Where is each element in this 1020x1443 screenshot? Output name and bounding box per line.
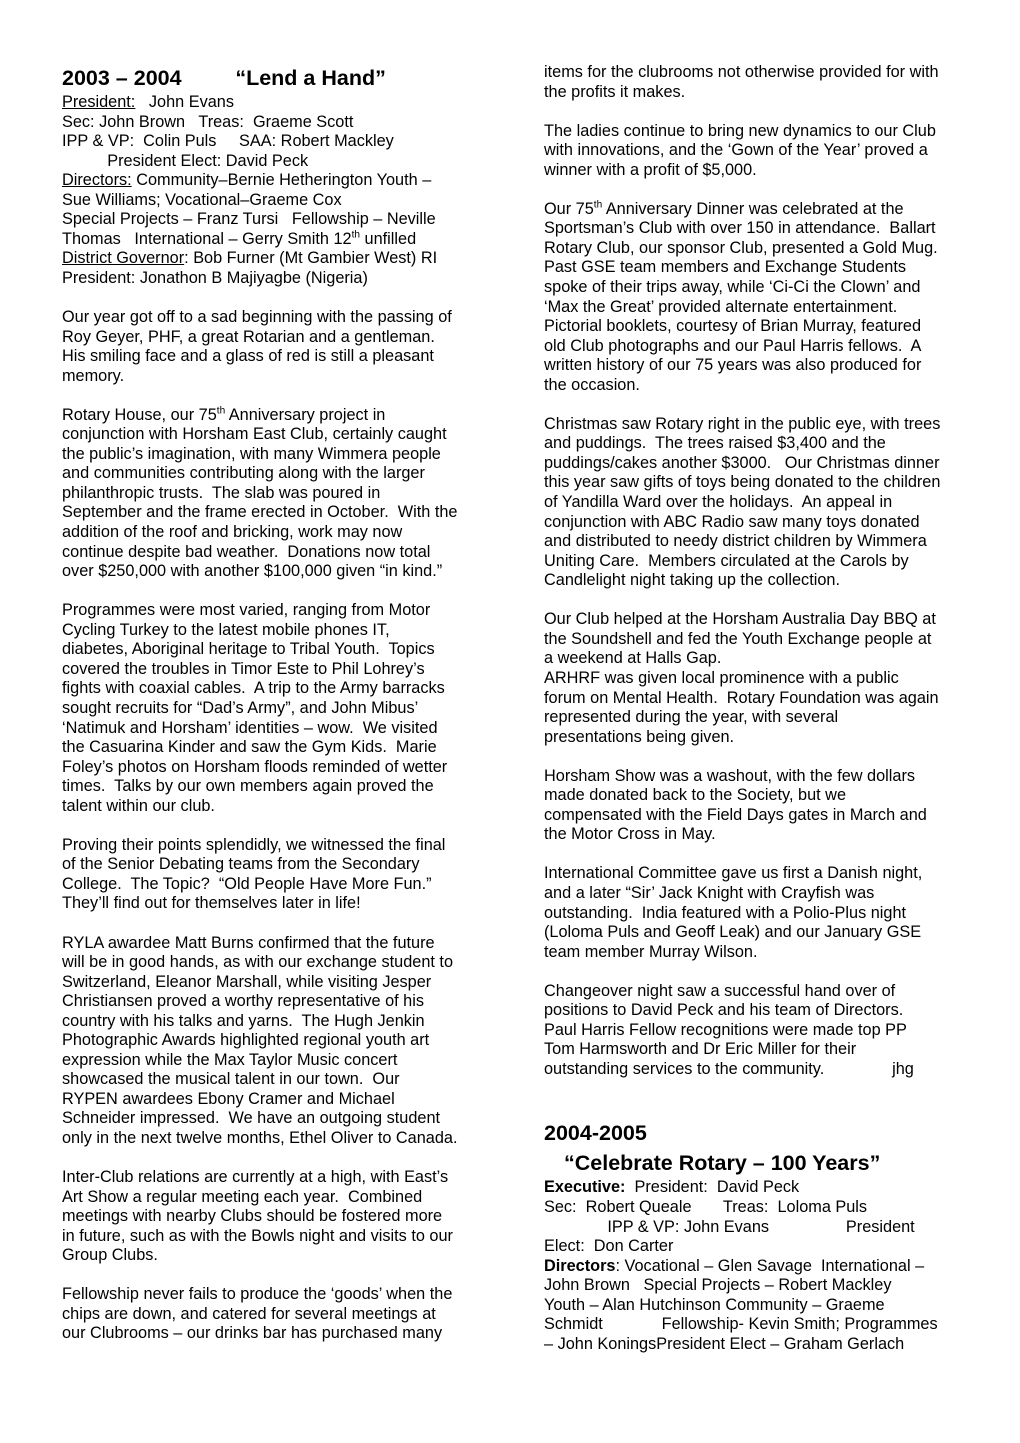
text-line: ‘Natimuk and Horsham’ identities – wow. … — [62, 719, 524, 739]
text-line: (Loloma Puls and Geoff Leak) and our Jan… — [544, 923, 990, 943]
text-line: Special Projects – Franz Tursi Fellowshi… — [62, 210, 524, 230]
text-line: philanthropic trusts. The slab was poure… — [62, 484, 524, 504]
text-line: Switzerland, Eleanor Marshall, while vis… — [62, 973, 524, 993]
text-line: conjunction with ABC Radio saw many toys… — [544, 513, 990, 533]
text-line: diabetes, Aboriginal heritage to Tribal … — [62, 640, 524, 660]
text-line: Christiansen proved a worthy representat… — [62, 992, 524, 1012]
heading-theme-celebrate-rotary: “Celebrate Rotary – 100 Years” — [544, 1148, 990, 1178]
text-line: Thomas International – Gerry Smith 12th … — [62, 230, 524, 250]
text-line: President Elect: David Peck — [62, 152, 524, 172]
text-line: outstanding services to the community. j… — [544, 1060, 990, 1080]
text-line: spoke of their trips away, while ‘Ci-Ci … — [544, 278, 990, 298]
text-run: District Governor — [62, 249, 184, 267]
text-line: President: Jonathon B Majiyagbe (Nigeria… — [62, 269, 524, 289]
paragraph: International Committee gave us first a … — [544, 864, 990, 962]
text-run: Executive: — [544, 1178, 625, 1196]
text-line: His smiling face and a glass of red is s… — [62, 347, 524, 367]
text-line: only in the next twelve months, Ethel Ol… — [62, 1129, 524, 1149]
text-line: RYPEN awardees Ebony Cramer and Michael — [62, 1090, 524, 1110]
text-line: Our 75th Anniversary Dinner was celebrat… — [544, 200, 990, 220]
text-line: this year saw gifts of toys being donate… — [544, 473, 990, 493]
text-line: Youth – Alan Hutchinson Community – Grae… — [544, 1296, 990, 1316]
text-line: Pictorial booklets, courtesy of Brian Mu… — [544, 317, 990, 337]
text-line: of Yandilla Ward over the holidays. An a… — [544, 493, 990, 513]
text-line: Changeover night saw a successful hand o… — [544, 982, 990, 1002]
text-line: expression while the Max Taylor Music co… — [62, 1051, 524, 1071]
right-column: items for the clubrooms not otherwise pr… — [544, 63, 990, 1443]
text-line: and puddings. The trees raised $3,400 an… — [544, 434, 990, 454]
text-line: Our Club helped at the Horsham Australia… — [544, 610, 990, 630]
superscript-run: th — [352, 229, 360, 240]
text-line: Sec: Robert Queale Treas: Loloma Puls — [544, 1198, 990, 1218]
text-line: sought recruits for “Dad’s Army”, and Jo… — [62, 699, 524, 719]
text-line: made donated back to the Society, but we — [544, 786, 990, 806]
text-line: items for the clubrooms not otherwise pr… — [544, 63, 990, 83]
text-line: talent within our club. — [62, 797, 524, 817]
text-line: our Clubrooms – our drinks bar has purch… — [62, 1324, 524, 1344]
text-run: Directors: — [62, 171, 132, 189]
text-line: the Soundshell and fed the Youth Exchang… — [544, 630, 990, 650]
text-line: Horsham Show was a washout, with the few… — [544, 767, 990, 787]
text-line: Group Clubs. — [62, 1246, 524, 1266]
text-line: ‘Max the Great’ provided alternate enter… — [544, 298, 990, 318]
text-line: memory. — [62, 367, 524, 387]
text-line: Directors: Vocational – Glen Savage Inte… — [544, 1257, 990, 1277]
right-body-paragraphs: items for the clubrooms not otherwise pr… — [544, 63, 990, 1079]
text-line: Tom Harmsworth and Dr Eric Miller for th… — [544, 1040, 990, 1060]
text-line: President: John Evans — [62, 93, 524, 113]
text-line: Sue Williams; Vocational–Graeme Cox — [62, 191, 524, 211]
paragraph: Inter-Club relations are currently at a … — [62, 1168, 524, 1266]
text-line: Proving their points splendidly, we witn… — [62, 836, 524, 856]
text-line: Christmas saw Rotary right in the public… — [544, 415, 990, 435]
text-line: Our year got off to a sad beginning with… — [62, 308, 524, 328]
text-line: covered the troubles in Timor Este to Ph… — [62, 660, 524, 680]
text-line: written history of our 75 years was also… — [544, 356, 990, 376]
text-run: President: — [62, 93, 135, 111]
text-line: IPP & VP: John Evans President — [544, 1218, 990, 1238]
executive-list-2004-2005: Executive: President: David PeckSec: Rob… — [544, 1178, 990, 1354]
text-run: Community–Bernie Hetherington Youth – — [132, 171, 432, 189]
text-line: Past GSE team members and Exchange Stude… — [544, 258, 990, 278]
text-line: the occasion. — [544, 376, 990, 396]
text-line: Programmes were most varied, ranging fro… — [62, 601, 524, 621]
text-line: fights with coaxial cables. A trip to th… — [62, 679, 524, 699]
text-line: positions to David Peck and his team of … — [544, 1001, 990, 1021]
text-run: Our 75 — [544, 200, 594, 218]
text-line: Art Show a regular meeting each year. Co… — [62, 1188, 524, 1208]
text-run: Thomas International – Gerry Smith 12 — [62, 230, 352, 248]
paragraph: Christmas saw Rotary right in the public… — [544, 415, 990, 591]
text-line: Uniting Care. Members circulated at the … — [544, 552, 990, 572]
text-line: Sportsman’s Club with over 150 in attend… — [544, 219, 990, 239]
text-run: Rotary House, our 75 — [62, 406, 217, 424]
text-line: IPP & VP: Colin Puls SAA: Robert Mackley — [62, 132, 524, 152]
text-line: continue despite bad weather. Donations … — [62, 543, 524, 563]
text-line: addition of the roof and bricking, work … — [62, 523, 524, 543]
text-line: Fellowship never fails to produce the ‘g… — [62, 1285, 524, 1305]
text-line: Schmidt Fellowship- Kevin Smith; Program… — [544, 1315, 990, 1335]
text-line: old Club photographs and our Paul Harris… — [544, 337, 990, 357]
text-line: September and the frame erected in Octob… — [62, 503, 524, 523]
text-line: Roy Geyer, PHF, a great Rotarian and a g… — [62, 328, 524, 348]
paragraph: Horsham Show was a washout, with the few… — [544, 767, 990, 845]
text-run: Anniversary project in — [225, 406, 385, 424]
text-line: Candlelight night taking up the collecti… — [544, 571, 990, 591]
text-run: : Bob Furner (Mt Gambier West) RI — [184, 249, 437, 267]
text-line: the Motor Cross in May. — [544, 825, 990, 845]
text-line: – John KoningsPresident Elect – Graham G… — [544, 1335, 990, 1355]
text-line: The ladies continue to bring new dynamic… — [544, 122, 990, 142]
text-line: John Brown Special Projects – Robert Mac… — [544, 1276, 990, 1296]
text-line: Executive: President: David Peck — [544, 1178, 990, 1198]
text-line: in future, such as with the Bowls night … — [62, 1227, 524, 1247]
text-run: Anniversary Dinner was celebrated at the — [602, 200, 903, 218]
paragraph: Fellowship never fails to produce the ‘g… — [62, 1285, 524, 1344]
text-line: Foley’s photos on Horsham floods reminde… — [62, 758, 524, 778]
paragraph: Our year got off to a sad beginning with… — [62, 308, 524, 386]
text-line: times. Talks by our own members again pr… — [62, 777, 524, 797]
paragraph: Changeover night saw a successful hand o… — [544, 982, 990, 1080]
text-run: unfilled — [360, 230, 416, 248]
text-line: College. The Topic? “Old People Have Mor… — [62, 875, 524, 895]
text-run: President: David Peck — [625, 1178, 799, 1196]
text-line: winner with a profit of $5,000. — [544, 161, 990, 181]
text-line: Cycling Turkey to the latest mobile phon… — [62, 621, 524, 641]
paragraph: RYLA awardee Matt Burns confirmed that t… — [62, 934, 524, 1149]
left-body-paragraphs: Our year got off to a sad beginning with… — [62, 308, 524, 1344]
section-heading-2004-2005: 2004-2005 “Celebrate Rotary – 100 Years” — [544, 1118, 990, 1178]
left-column: 2003 – 2004 “Lend a Hand” President: Joh… — [62, 63, 524, 1443]
text-line: the profits it makes. — [544, 83, 990, 103]
text-line: District Governor: Bob Furner (Mt Gambie… — [62, 249, 524, 269]
text-line: Photographic Awards highlighted regional… — [62, 1031, 524, 1051]
text-line: forum on Mental Health. Rotary Foundatio… — [544, 689, 990, 709]
text-run: John Evans — [135, 93, 234, 111]
text-line: presentations being given. — [544, 728, 990, 748]
text-line: team member Murray Wilson. — [544, 943, 990, 963]
text-line: chips are down, and catered for several … — [62, 1305, 524, 1325]
text-line: ARHRF was given local prominence with a … — [544, 669, 990, 689]
text-line: showcased the musical talent in our town… — [62, 1070, 524, 1090]
text-line: and communities contributing along with … — [62, 464, 524, 484]
text-line: and a later “Sir’ Jack Knight with Crayf… — [544, 884, 990, 904]
superscript-run: th — [594, 199, 602, 210]
text-run: Directors — [544, 1257, 616, 1275]
text-line: with innovations, and the ‘Gown of the Y… — [544, 141, 990, 161]
text-line: Directors: Community–Bernie Hetherington… — [62, 171, 524, 191]
paragraph: The ladies continue to bring new dynamic… — [544, 122, 990, 181]
text-line: will be in good hands, as with our excha… — [62, 953, 524, 973]
text-run: : Vocational – Glen Savage International… — [616, 1257, 925, 1275]
text-line: puddings/cakes another $3000. Our Christ… — [544, 454, 990, 474]
text-line: meetings with nearby Clubs should be fos… — [62, 1207, 524, 1227]
text-line: and distributed to needy district childr… — [544, 532, 990, 552]
text-line: outstanding. India featured with a Polio… — [544, 904, 990, 924]
document-page: 2003 – 2004 “Lend a Hand” President: Joh… — [0, 0, 1020, 1443]
text-line: Paul Harris Fellow recognitions were mad… — [544, 1021, 990, 1041]
officer-list-2003-2004: President: John EvansSec: John Brown Tre… — [62, 93, 524, 288]
heading-year-2004-2005: 2004-2005 — [544, 1118, 990, 1148]
paragraph: Our Club helped at the Horsham Australia… — [544, 610, 990, 747]
text-line: the Casuarina Kinder and saw the Gym Kid… — [62, 738, 524, 758]
text-line: Rotary House, our 75th Anniversary proje… — [62, 406, 524, 426]
text-line: Schneider impressed. We have an outgoing… — [62, 1109, 524, 1129]
text-line: Elect: Don Carter — [544, 1237, 990, 1257]
paragraph: Our 75th Anniversary Dinner was celebrat… — [544, 200, 990, 395]
text-line: International Committee gave us first a … — [544, 864, 990, 884]
section-title-2003-2004: 2003 – 2004 “Lend a Hand” — [62, 63, 524, 93]
paragraph: Proving their points splendidly, we witn… — [62, 836, 524, 914]
paragraph: items for the clubrooms not otherwise pr… — [544, 63, 990, 102]
text-line: RYLA awardee Matt Burns confirmed that t… — [62, 934, 524, 954]
text-line: a weekend at Halls Gap. — [544, 649, 990, 669]
superscript-run: th — [217, 405, 225, 416]
paragraph: Programmes were most varied, ranging fro… — [62, 601, 524, 816]
text-line: compensated with the Field Days gates in… — [544, 806, 990, 826]
text-line: conjunction with Horsham East Club, cert… — [62, 425, 524, 445]
paragraph: Rotary House, our 75th Anniversary proje… — [62, 406, 524, 582]
text-line: country with his talks and yarns. The Hu… — [62, 1012, 524, 1032]
text-line: represented during the year, with severa… — [544, 708, 990, 728]
text-line: over $250,000 with another $100,000 give… — [62, 562, 524, 582]
text-line: Inter-Club relations are currently at a … — [62, 1168, 524, 1188]
text-line: the public’s imagination, with many Wimm… — [62, 445, 524, 465]
text-line: Rotary Club, our sponsor Club, presented… — [544, 239, 990, 259]
text-line: Sec: John Brown Treas: Graeme Scott — [62, 113, 524, 133]
text-line: of the Senior Debating teams from the Se… — [62, 855, 524, 875]
text-line: They’ll find out for themselves later in… — [62, 894, 524, 914]
